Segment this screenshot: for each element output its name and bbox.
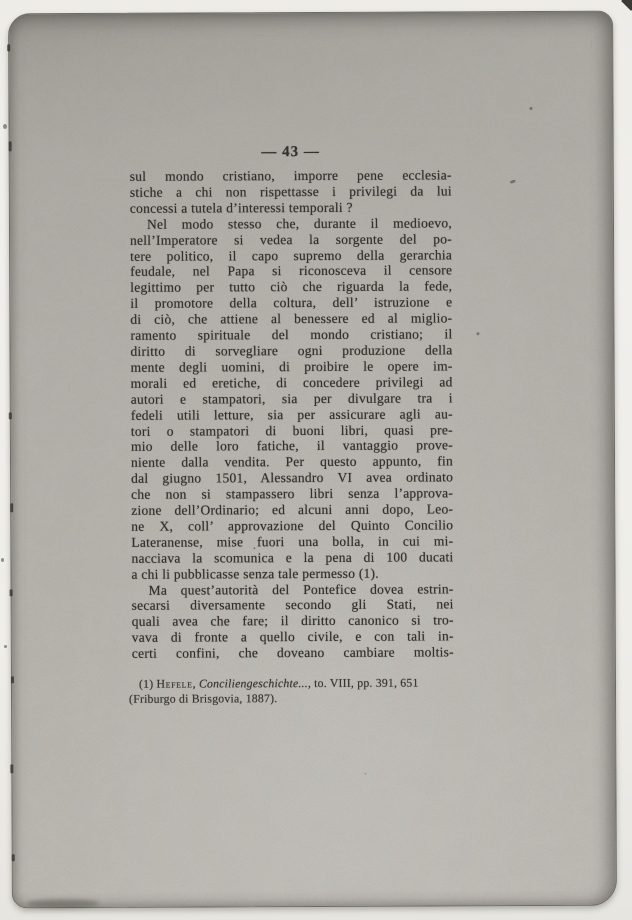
text-line: concessi a tutela d’interessi temporali … [130,199,452,216]
text-line: certi confini, che doveano cambiare molt… [132,645,454,662]
text-line: ne X, coll’ approvazione del Quinto Conc… [131,517,453,534]
footnote: (1) Hefele, Conciliengeschichte..., to. … [129,675,461,706]
page-edge-nick [12,854,15,861]
footnote-author: Hefele [156,677,192,691]
paper-speck [529,107,532,110]
text-line: fedeli utili letture, sia per assicurare… [131,406,453,423]
scan-corner-artifact [621,0,632,11]
page-edge-nick [9,141,12,151]
text-line: secarsi diversamente secondo gli Stati, … [132,597,454,614]
text-line: sul mondo cristiano, imporre pene eccles… [130,167,452,184]
page-edge-nick [9,412,12,419]
paper-speck [253,547,255,549]
text-line: diritto di sorvegliare ogni produzione d… [130,342,452,359]
page-edge-nick [11,676,14,683]
text-line: quali avea che fare; il diritto canonico… [132,613,454,630]
text-line: feudale, nel Papa si riconosceva il cens… [130,263,452,280]
text-line: Lateranense, mise fuori una bolla, in cu… [131,533,453,550]
text-line: nacciava la scomunica e la pena di 100 d… [131,549,453,566]
scan-dust-dot [4,645,7,648]
footnote-marker: (1) [139,677,157,691]
paper-speck [364,773,366,775]
text-line: zione dell’Ordinario; ed alcuni anni dop… [131,501,453,518]
text-line: tere politico, il capo supremo della ger… [130,247,452,264]
page-number: — 43 — [130,143,452,161]
text-line: che non si stampassero libri senza l’app… [131,486,453,503]
text-line: di ciò, che attiene al benessere ed al m… [130,311,452,328]
text-line: ramento spirituale del mondo cristiano; … [130,326,452,343]
text-line: autori e stampatori, sia per divulgare t… [131,390,453,407]
footnote-line2: (Friburgo di Brisgovia, 1887). [129,691,277,706]
page-edge-nick [10,589,13,596]
body-text: sul mondo cristiano, imporre pene eccles… [130,167,454,661]
text-line: mente degli uomini, di proibire le opere… [131,358,453,375]
paper-speck [476,332,479,335]
text-line: Ma quest’autorità del Pontefice dovea es… [132,581,454,598]
text-line: niente dalla vendita. Per questo appunto… [131,454,453,471]
text-line: dal giugno 1501, Alessandro VI avea ordi… [131,470,453,487]
footnote-detail: to. VIII, pp. 391, 651 [311,676,419,690]
scan-dust-dot [3,124,7,129]
text-line: vava di fronte a quello civile, e con ta… [132,629,454,646]
text-line: nell’Imperatore si vedea la sorgente del… [130,231,452,248]
page-edge-nick [10,764,13,773]
text-line: il promotore della coltura, dell’ istruz… [130,295,452,312]
scanned-book-image: — 43 — sul mondo cristiano, imporre pene… [0,0,632,920]
footnote-title: Conciliengeschichte..., [199,676,311,690]
page-edge-smudge [27,899,99,908]
paper-speck [509,179,516,184]
text-line: stiche a chi non rispettasse i privilegi… [130,183,452,200]
text-line: tori o stampatori di buoni libri, quasi … [131,422,453,439]
book-page: — 43 — sul mondo cristiano, imporre pene… [8,11,617,909]
text-line: mio delle loro fatiche, il vantaggio pro… [131,438,453,455]
text-line: Nel modo stesso che, durante il medioevo… [130,215,452,232]
scan-dust-dot [1,558,4,562]
page-edge-nick [10,503,13,512]
page-edge-nick [7,44,10,51]
text-line: morali ed eretiche, di concedere privile… [131,374,453,391]
text-line: legittimo per tutto ciò che riguarda la … [130,279,452,296]
text-line: a chi li pubblicasse senza tale permesso… [131,565,453,582]
